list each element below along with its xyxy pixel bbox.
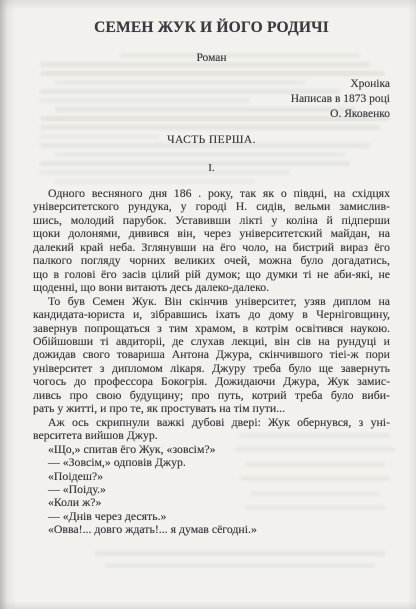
text-line: Аж ось скрипнули важкі дубові двері: Жук… (33, 416, 390, 429)
text-line: кандидата-юриста и, зібравшись іхать до … (33, 308, 390, 321)
bleedthrough-mark (55, 179, 255, 184)
bleedthrough-mark (40, 71, 385, 76)
text-line: шись, молодий парубок. Уставивши лікті у… (33, 214, 390, 227)
text-line: університет з дипломом лікаря. Джуру тре… (33, 362, 390, 375)
body-text: Одного весняного дня 186 . року, так як … (33, 187, 390, 537)
page-right-shadow (408, 0, 416, 609)
bleedthrough-mark (55, 80, 305, 85)
bleedthrough-mark (95, 551, 385, 556)
dialogue-line: «Поідеш?» (33, 470, 390, 483)
text-line: далекий край неба. Зглянувши на ёго чоло… (33, 241, 390, 254)
bleedthrough-mark (40, 125, 380, 130)
dialogue-line: — «Днів через десять.» (33, 510, 390, 523)
text-line: що в голові ёго засів цілий рій думок; щ… (33, 268, 390, 281)
text-line: рать у житті, и про те, як простувать на… (33, 402, 390, 415)
text-line: палкого погляду чорних великих очей, мож… (33, 254, 390, 267)
byline-block: Хроніка Написав в 1873 році О. Яковенко (291, 77, 390, 122)
book-page: СЕМЕН ЖУК И ЙОГО РОДИЧІ Роман Хроніка На… (0, 0, 416, 609)
page-gutter-shadow (0, 0, 16, 609)
text-line: чогось до профессора Бокогрія. Дожидаючи… (33, 375, 390, 388)
dialogue-line: — «Поіду.» (33, 483, 390, 496)
bleedthrough-mark (40, 98, 250, 103)
text-line: Обійшовши ті авдиторіі, де слухав лекциі… (33, 335, 390, 348)
byline-chronicle: Хроніка (291, 77, 390, 92)
chapter-number: I. (33, 162, 390, 174)
page-top-shadow (0, 0, 416, 10)
dialogue-line: «Коли ж?» (33, 496, 390, 509)
text-line: Одного весняного дня 186 . року, так як … (33, 187, 390, 200)
part-heading: ЧАСТЬ ПЕРША. (33, 134, 390, 146)
text-line: щоки долонями, дивився він, через універ… (33, 227, 390, 240)
book-title: СЕМЕН ЖУК И ЙОГО РОДИЧІ (33, 19, 390, 37)
text-line: дожидав свого товариша Антона Джура, скі… (33, 348, 390, 361)
text-line: То був Семен Жук. Він скінчив університе… (33, 295, 390, 308)
bleedthrough-mark (105, 563, 375, 568)
text-line: верситета вийшов Джур. (33, 429, 390, 442)
dialogue-line: «Що,» спитав ёго Жук, «зовсім?» (33, 443, 390, 456)
page-bottom-shadow (0, 601, 416, 609)
byline-written-year: Написав в 1873 році (291, 92, 390, 107)
byline-author: О. Яковенко (291, 107, 390, 122)
dialogue-line: «Овва!... довго ждать!... я думав сёгодн… (33, 523, 390, 536)
text-line: ливсь про свою будущину; про путь, котри… (33, 389, 390, 402)
bleedthrough-mark (55, 152, 345, 157)
text-line: завернув попрощаться з тим храмом, в кот… (33, 322, 390, 335)
genre-subtitle: Роман (33, 52, 390, 64)
text-line: університетского рундука, у городі Н. си… (33, 200, 390, 213)
dialogue-line: — «Зовсім,» одповів Джур. (33, 456, 390, 469)
text-line: щоденні, що вони витають десь далеко-дал… (33, 281, 390, 294)
